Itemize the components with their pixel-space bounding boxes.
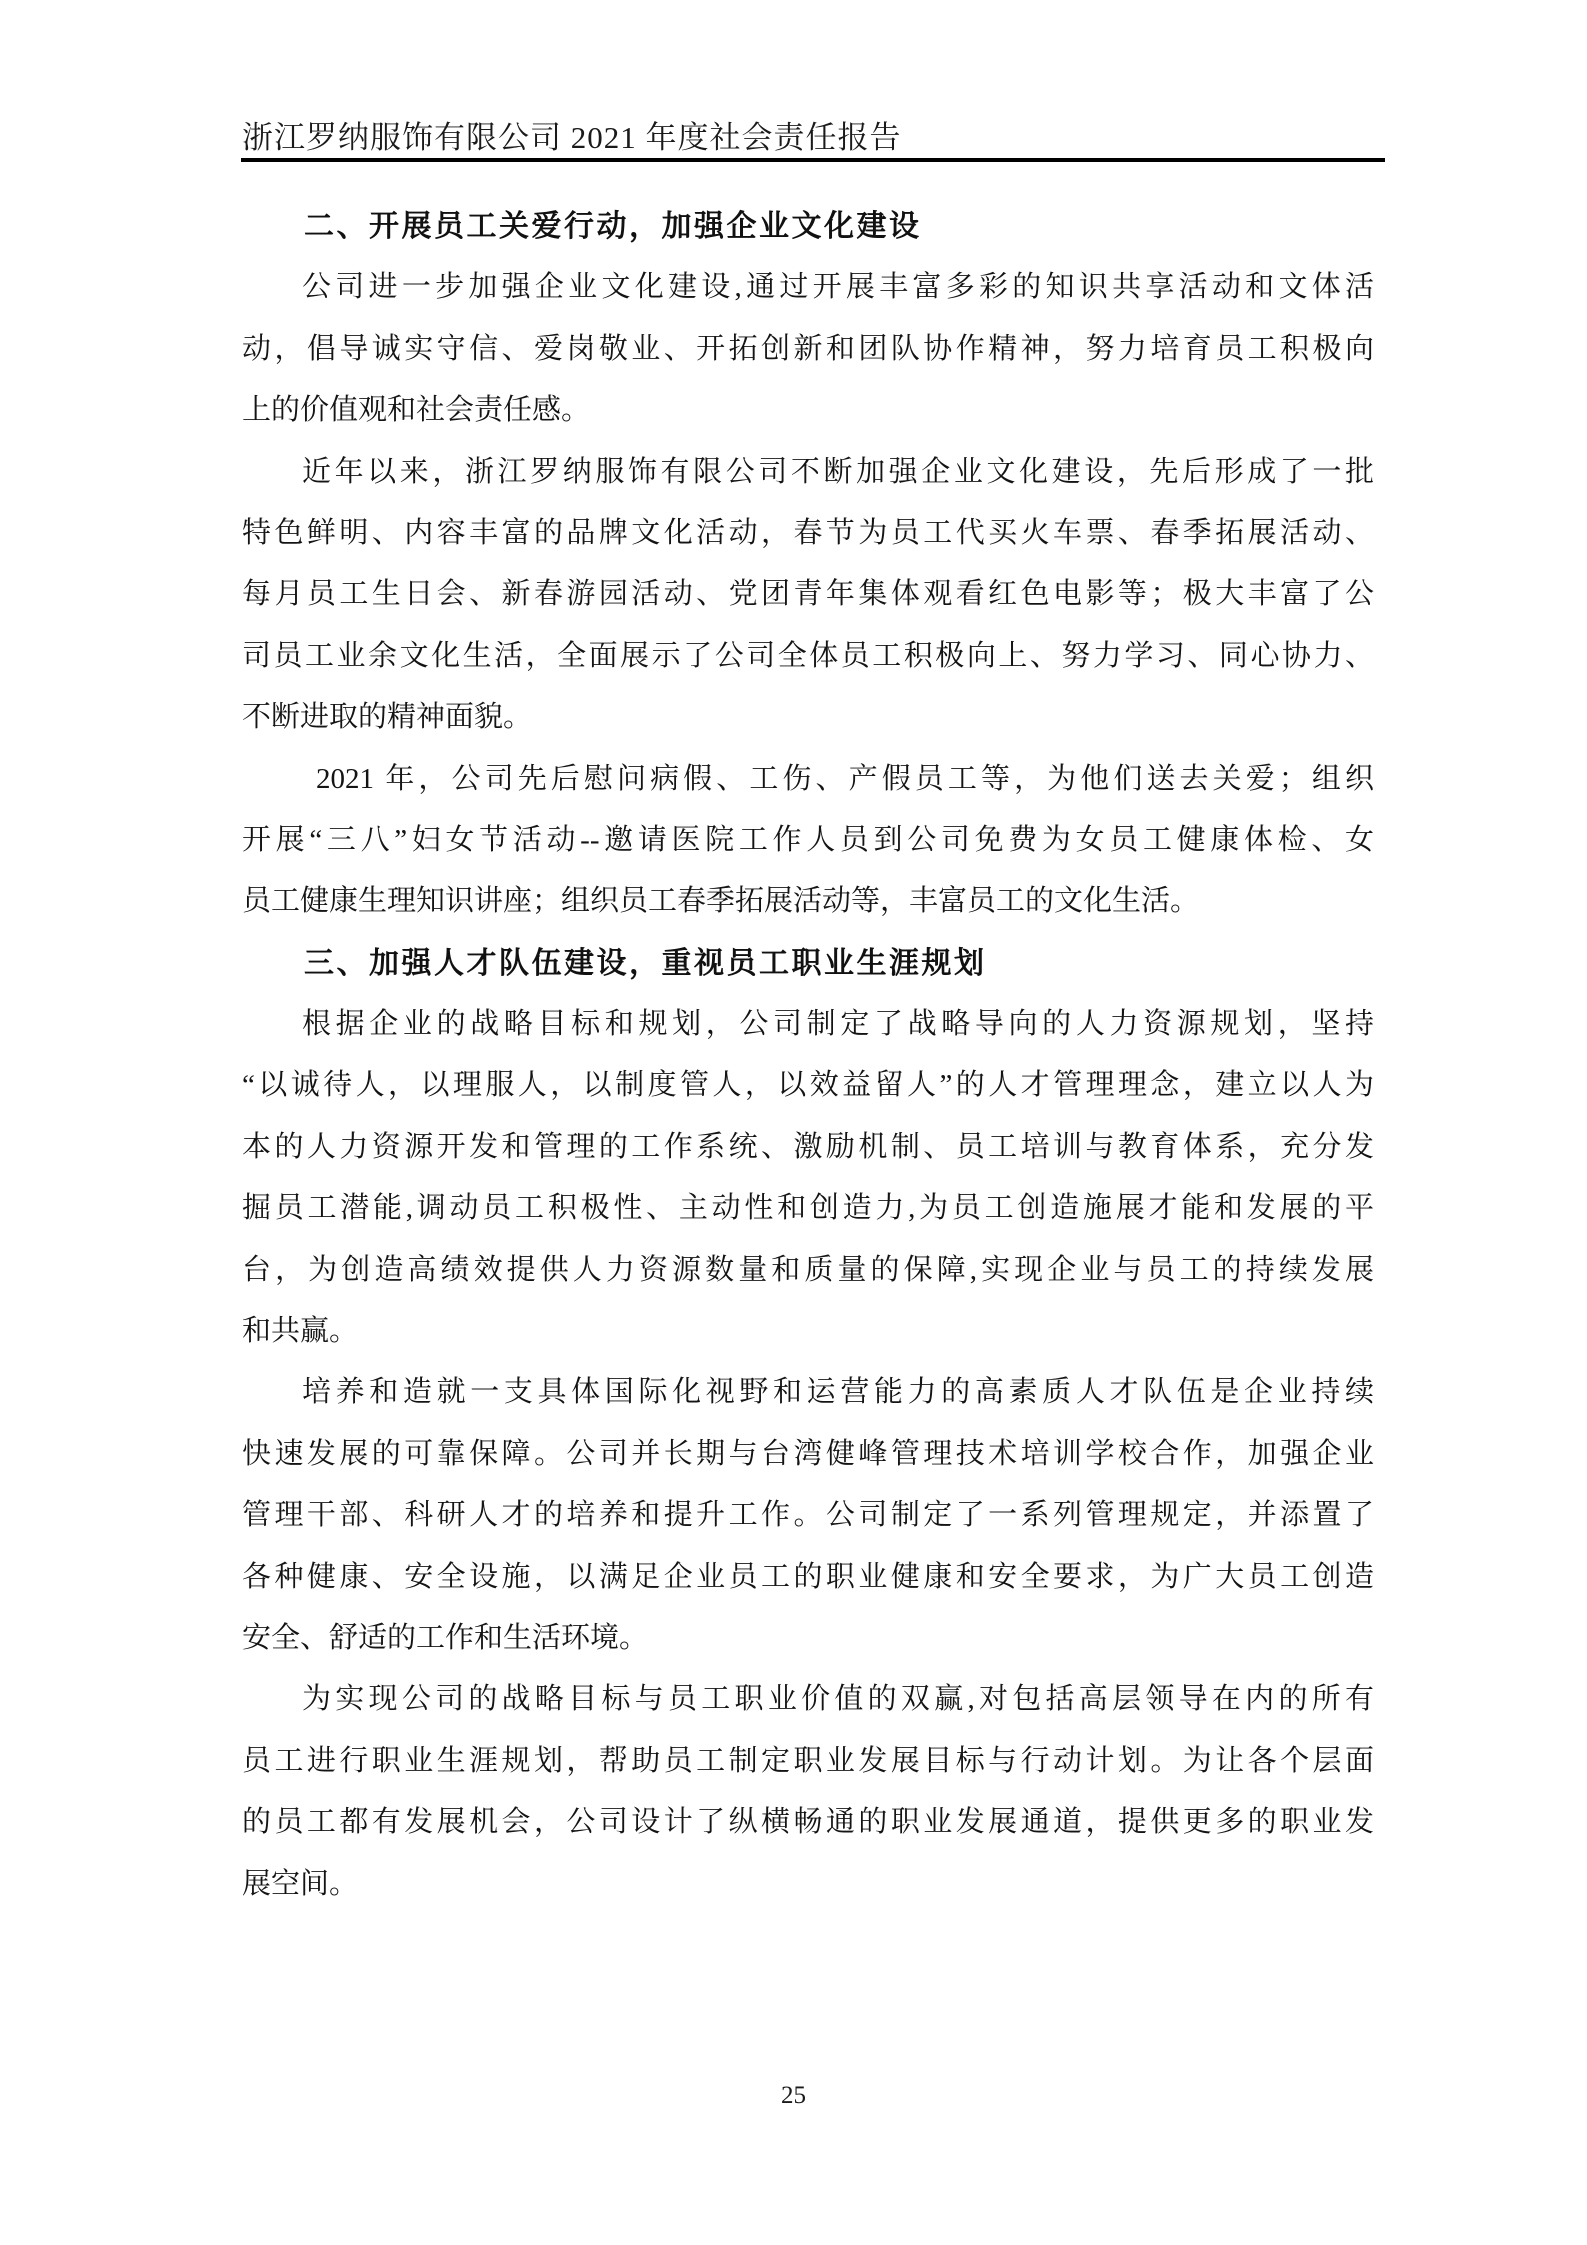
text-line: 特色鲜明、内容丰富的品牌文化活动，春节为员工代买火车票、春季拓展活动、 [242, 503, 1374, 564]
section-heading: 二、开展员工关爱行动，加强企业文化建设 [242, 196, 1374, 257]
text-line: 台，为创造高绩效提供人力资源数量和质量的保障,实现企业与员工的持续发展 [242, 1240, 1374, 1301]
text-line: 每月员工生日会、新春游园活动、党团青年集体观看红色电影等；极大丰富了公 [242, 564, 1374, 625]
text-line: 各种健康、安全设施，以满足企业员工的职业健康和安全要求，为广大员工创造 [242, 1547, 1374, 1608]
text-line: 掘员工潜能,调动员工积极性、主动性和创造力,为员工创造施展才能和发展的平 [242, 1178, 1374, 1239]
text-line: 为实现公司的战略目标与员工职业价值的双赢,对包括高层领导在内的所有 [242, 1669, 1374, 1730]
text-line: 培养和造就一支具体国际化视野和运营能力的高素质人才队伍是企业持续 [242, 1362, 1374, 1423]
text-line: 和共赢。 [242, 1301, 1374, 1362]
text-line: 开展“三八”妇女节活动--邀请医院工作人员到公司免费为女员工健康体检、女 [242, 810, 1374, 871]
text-line: 员工进行职业生涯规划，帮助员工制定职业发展目标与行动计划。为让各个层面 [242, 1731, 1374, 1792]
text-line: “以诚待人，以理服人，以制度管人，以效益留人”的人才管理理念，建立以人为 [242, 1055, 1374, 1116]
text-line: 公司进一步加强企业文化建设,通过开展丰富多彩的知识共享活动和文体活 [242, 257, 1374, 318]
report-header-title: 浙江罗纳服饰有限公司 2021 年度社会责任报告 [242, 112, 902, 157]
text-line: 安全、舒适的工作和生活环境。 [242, 1608, 1374, 1669]
text-line: 的员工都有发展机会，公司设计了纵横畅通的职业发展通道，提供更多的职业发 [242, 1792, 1374, 1853]
text-line: 动，倡导诚实守信、爱岗敬业、开拓创新和团队协作精神，努力培育员工积极向 [242, 319, 1374, 380]
text-line: 近年以来，浙江罗纳服饰有限公司不断加强企业文化建设，先后形成了一批 [242, 442, 1374, 503]
text-line: 2021 年，公司先后慰问病假、工伤、产假员工等，为他们送去关爱；组织 [242, 749, 1374, 810]
text-line: 上的价值观和社会责任感。 [242, 380, 1374, 441]
document-page: 浙江罗纳服饰有限公司 2021 年度社会责任报告 二、开展员工关爱行动，加强企业… [0, 0, 1587, 2245]
text-line: 员工健康生理知识讲座；组织员工春季拓展活动等，丰富员工的文化生活。 [242, 871, 1374, 932]
text-line: 展空间。 [242, 1854, 1374, 1915]
section-heading: 三、加强人才队伍建设，重视员工职业生涯规划 [242, 933, 1374, 994]
text-line: 根据企业的战略目标和规划，公司制定了战略导向的人力资源规划，坚持 [242, 994, 1374, 1055]
document-body: 二、开展员工关爱行动，加强企业文化建设 公司进一步加强企业文化建设,通过开展丰富… [242, 196, 1374, 1915]
text-line: 快速发展的可靠保障。公司并长期与台湾健峰管理技术培训学校合作，加强企业 [242, 1424, 1374, 1485]
text-line: 本的人力资源开发和管理的工作系统、激励机制、员工培训与教育体系，充分发 [242, 1117, 1374, 1178]
text-line: 司员工业余文化生活，全面展示了公司全体员工积极向上、努力学习、同心协力、 [242, 626, 1374, 687]
page-number: 25 [0, 2082, 1587, 2110]
header-rule [241, 158, 1385, 162]
text-line: 管理干部、科研人才的培养和提升工作。公司制定了一系列管理规定，并添置了 [242, 1485, 1374, 1546]
text-line: 不断进取的精神面貌。 [242, 687, 1374, 748]
